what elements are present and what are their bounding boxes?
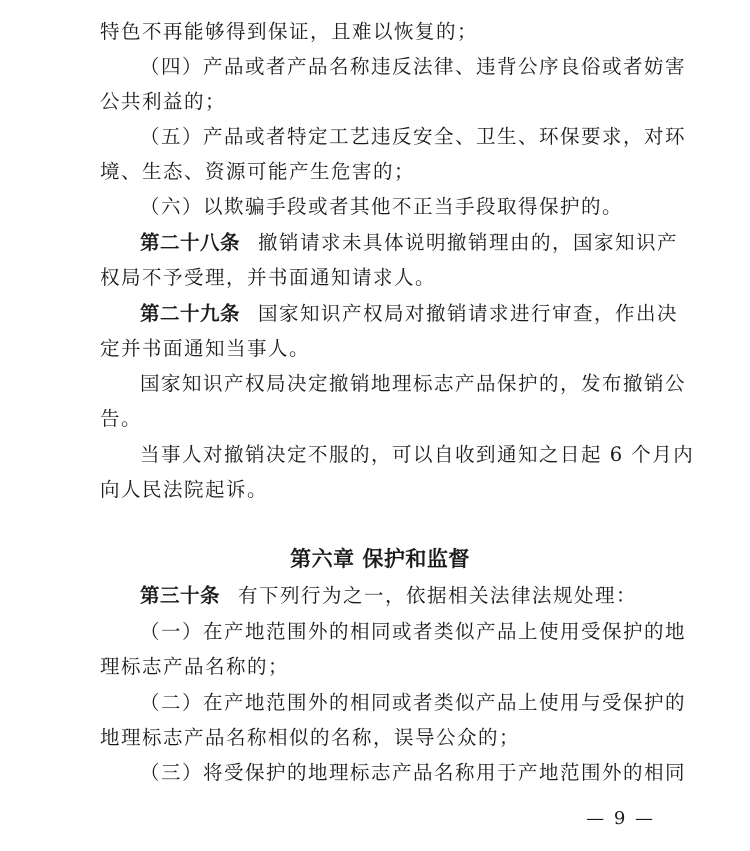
list-item-4: （四）产品或者产品名称违反法律、违背公序良俗或者妨害 xyxy=(140,49,686,84)
text-line: 告。 xyxy=(100,401,142,436)
article-30-title: 第三十条 xyxy=(140,584,220,607)
page-number: — 9 — xyxy=(586,808,655,829)
text-line: 权局不予受理，并书面通知请求人。 xyxy=(100,260,436,295)
article-28-title: 第二十八条 xyxy=(140,231,240,254)
article-29-title: 第二十九条 xyxy=(140,302,240,325)
article-28-text: 撤销请求未具体说明撤销理由的，国家知识产 xyxy=(258,231,678,254)
list-item-3: （三）将受保护的地理标志产品名称用于产地范围外的相同 xyxy=(140,755,686,790)
paragraph: 国家知识产权局决定撤销地理标志产品保护的，发布撤销公 xyxy=(140,366,686,401)
article-29-text: 国家知识产权局对撤销请求进行审查，作出决 xyxy=(258,302,678,325)
list-item-6: （六）以欺骗手段或者其他不正当手段取得保护的。 xyxy=(140,189,623,224)
article-30: 第三十条有下列行为之一，依据相关法律法规处理： xyxy=(140,578,637,613)
text-line: 特色不再能够得到保证，且难以恢复的； xyxy=(100,14,478,49)
article-29: 第二十九条国家知识产权局对撤销请求进行审查，作出决 xyxy=(140,296,678,331)
text-line: 定并书面通知当事人。 xyxy=(100,331,310,366)
article-28: 第二十八条撤销请求未具体说明撤销理由的，国家知识产 xyxy=(140,225,678,260)
chapter-heading: 第六章 保护和监督 xyxy=(100,542,660,577)
text-line: 境、生态、资源可能产生危害的； xyxy=(100,154,415,189)
text-line: 向人民法院起诉。 xyxy=(100,472,268,507)
text-line: 公共利益的； xyxy=(100,84,226,119)
list-item-1: （一）在产地范围外的相同或者类似产品上使用受保护的地 xyxy=(140,614,686,649)
list-item-2: （二）在产地范围外的相同或者类似产品上使用与受保护的 xyxy=(140,685,686,720)
paragraph: 当事人对撤销决定不服的，可以自收到通知之日起 6 个月内 xyxy=(140,437,694,472)
text-line: 地理标志产品名称相似的名称，误导公众的； xyxy=(100,720,520,755)
list-item-5: （五）产品或者特定工艺违反安全、卫生、环保要求，对环 xyxy=(140,119,686,154)
text-line: 理标志产品名称的； xyxy=(100,649,289,684)
article-30-text: 有下列行为之一，依据相关法律法规处理： xyxy=(238,584,637,607)
